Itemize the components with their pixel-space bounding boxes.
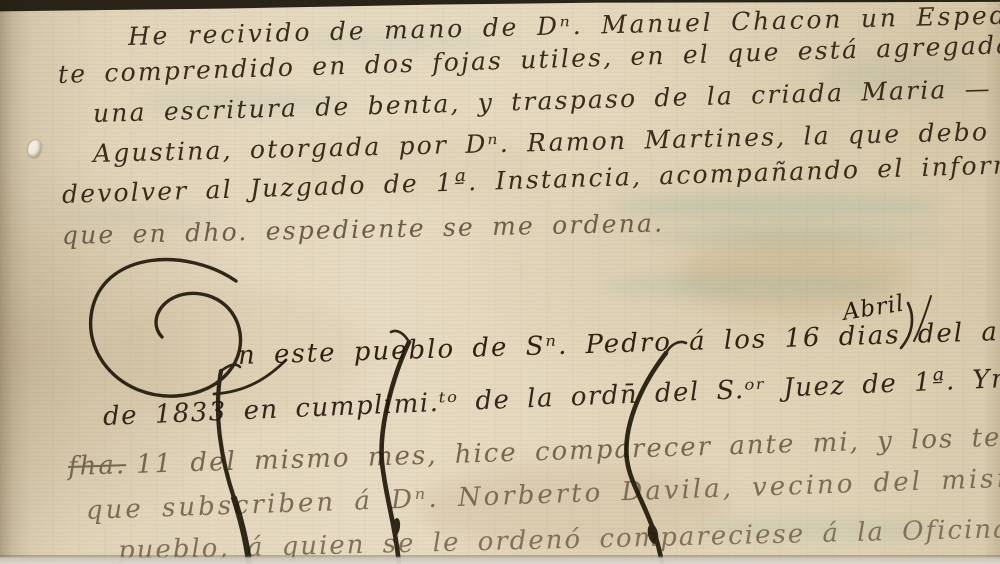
drop-cap-e: E — [95, 272, 168, 389]
manuscript-line: Agustina, otorgada por Dⁿ. Ramon Martine… — [93, 117, 990, 168]
manuscript-line: fha.11 del mismo mes, hice comparecer an… — [68, 421, 1000, 482]
ink-showthrough — [700, 518, 950, 540]
scan-bottom-edge — [0, 555, 1000, 564]
torn-top-edge — [0, 0, 1000, 12]
manuscript-line: que subscriben á Dⁿ. Norberto Davila, ve… — [85, 463, 1000, 526]
manuscript-page: He recivido de mano de Dⁿ. Manuel Chacon… — [0, 0, 1000, 564]
ink-showthrough — [60, 208, 230, 226]
paper-stain — [110, 290, 370, 420]
ink-stroke-left-icon — [218, 365, 249, 564]
manuscript-line: He recivido de mano de Dⁿ. Manuel Chacon… — [128, 0, 1000, 51]
manuscript-line: devolver al Juzgado de 1ª. Instancia, ac… — [62, 149, 1000, 209]
ink-flourish-overlay — [0, 0, 1000, 564]
ink-showthrough — [600, 274, 890, 298]
ink-showthrough — [820, 58, 970, 100]
manuscript-line: pueblo, á quien se le ordenó comparecies… — [118, 514, 1000, 564]
ink-showthrough — [300, 32, 490, 50]
left-edge-shadow — [0, 0, 28, 564]
ink-stroke-middle-icon — [382, 331, 409, 564]
ink-stroke-right-icon — [626, 342, 686, 564]
paper-stain — [680, 235, 910, 315]
paper-stain — [420, 465, 730, 550]
right-edge-shadow — [984, 0, 1000, 564]
manuscript-line: que en dho. espediente se me ordena. — [62, 208, 665, 250]
manuscript-line-text: 11 del mismo mes, hice comparecer ante m… — [136, 421, 1000, 480]
paper-hole — [27, 139, 43, 159]
manuscript-line: te comprendido en dos fojas utiles, en e… — [58, 30, 1000, 89]
flourish-capital-e-icon — [91, 260, 286, 397]
manuscript-line: una escritura de benta, y traspaso de la… — [93, 74, 993, 128]
manuscript-line: de 1833 en cumplimi.ᵗᵒ de la ordn̄ del S… — [102, 362, 1000, 431]
laid-paper-texture — [0, 0, 1000, 564]
ink-showthrough — [140, 92, 350, 112]
interlinear-insertion: Abril — [841, 290, 906, 325]
manuscript-line: n este pueblo de Sⁿ. Pedro á los 16 dias… — [238, 316, 1000, 371]
ink-showthrough — [645, 226, 945, 246]
paper-stain — [280, 130, 540, 200]
ink-showthrough — [610, 193, 940, 219]
insertion-paren-icon — [901, 296, 931, 348]
struck-word: fha. — [68, 450, 127, 482]
